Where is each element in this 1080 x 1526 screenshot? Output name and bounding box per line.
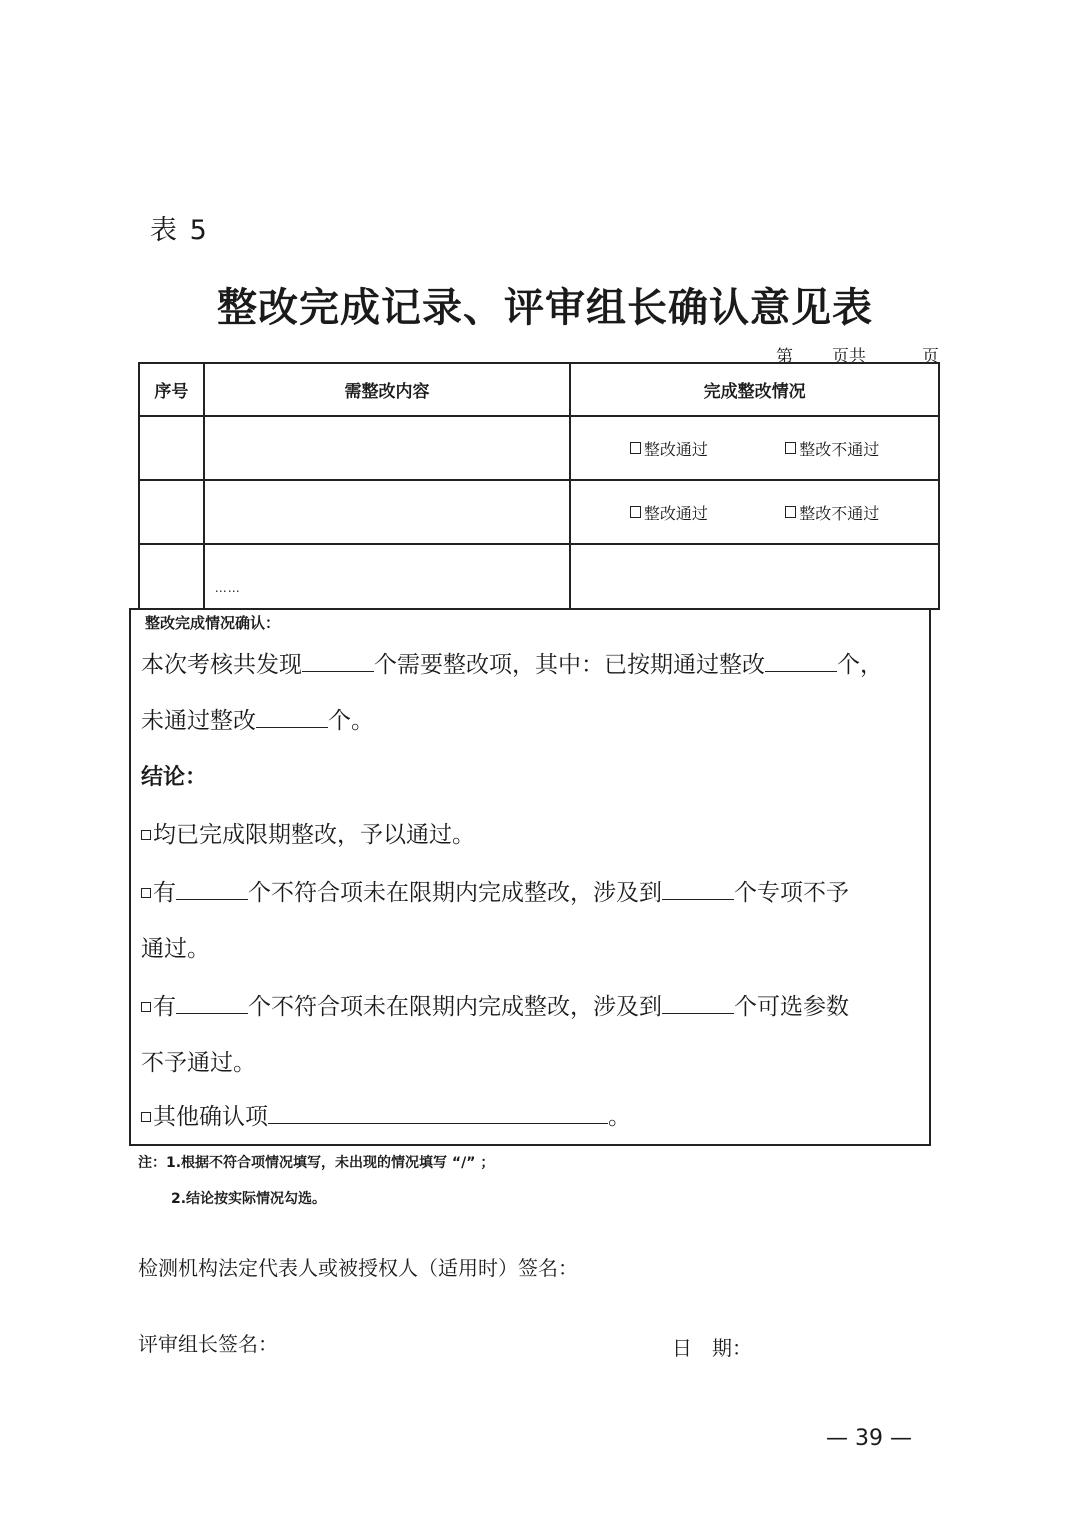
checkbox-icon[interactable]	[785, 506, 796, 518]
conclusion-option-special-fail: 有个不符合项未在限期内完成整改，涉及到个专项不予	[141, 874, 849, 907]
option-fail[interactable]: 整改不通过	[785, 437, 879, 460]
institution-rep-signature-label: 检测机构法定代表人或被授权人（适用时）签名：	[138, 1252, 578, 1281]
conclusion-label: 结论：	[141, 760, 207, 791]
conclusion-option-all-passed: 均已完成限期整改，予以通过。	[141, 816, 475, 849]
conclusion-option-special-fail-cont: 通过。	[141, 930, 210, 963]
option-text: 有	[153, 880, 176, 906]
document-title: 整改完成记录、评审组长确认意见表	[0, 276, 1080, 333]
special-count-blank[interactable]	[662, 877, 734, 900]
confirmation-box: 整改完成情况确认： 本次考核共发现个需要整改项，其中：已按期通过整改个， 未通过…	[129, 608, 931, 1146]
status-cell: 整改通过 整改不通过	[570, 416, 939, 480]
content-cell[interactable]	[204, 416, 570, 480]
option-text: 均已完成限期整改，予以通过。	[153, 822, 475, 848]
table-row: ……	[139, 544, 939, 609]
option-label: 整改通过	[644, 501, 708, 524]
total-count-blank[interactable]	[302, 649, 374, 672]
column-header-status: 完成整改情况	[570, 363, 939, 416]
option-text: 其他确认项	[153, 1104, 268, 1130]
option-label: 整改通过	[644, 437, 708, 460]
table-header-row: 序号 需整改内容 完成整改情况	[139, 363, 939, 416]
conclusion-option-param-fail: 有个不符合项未在限期内完成整改，涉及到个可选参数	[141, 988, 849, 1021]
checkbox-icon[interactable]	[141, 1002, 151, 1012]
column-header-seq: 序号	[139, 363, 204, 416]
rectification-table: 序号 需整改内容 完成整改情况 整改通过 整改不通过 整改通过 整改不通过 ……	[138, 362, 940, 610]
failed-count-blank[interactable]	[256, 705, 328, 728]
summary-text: 个。	[328, 708, 374, 734]
team-leader-signature-label: 评审组长签名：	[138, 1328, 278, 1357]
column-header-content: 需整改内容	[204, 363, 570, 416]
note-1: 注：1.根据不符合项情况填写，未出现的情况填写 “/” ；	[138, 1152, 494, 1172]
summary-text: 个，	[837, 652, 883, 678]
option-text: 个可选参数	[734, 994, 849, 1020]
option-pass[interactable]: 整改通过	[630, 501, 708, 524]
conclusion-option-other: 其他确认项。	[141, 1098, 631, 1131]
option-text: 个不符合项未在限期内完成整改，涉及到	[248, 880, 662, 906]
option-label: 整改不通过	[799, 437, 879, 460]
note-2: 2.结论按实际情况勾选。	[171, 1188, 326, 1208]
table-label: 表 5	[150, 208, 209, 247]
checkbox-icon[interactable]	[141, 1112, 151, 1122]
checkbox-icon[interactable]	[141, 888, 151, 898]
status-cell[interactable]	[570, 544, 939, 609]
page-number: — 39 —	[826, 1426, 912, 1451]
summary-line-2: 未通过整改个。	[141, 702, 374, 735]
checkbox-icon[interactable]	[630, 506, 641, 518]
checkbox-icon[interactable]	[785, 442, 796, 454]
ellipsis: ……	[205, 559, 569, 595]
summary-text: 本次考核共发现	[141, 652, 302, 678]
seq-cell[interactable]	[139, 480, 204, 544]
option-text: 个专项不予	[734, 880, 849, 906]
option-fail[interactable]: 整改不通过	[785, 501, 879, 524]
table-row: 整改通过 整改不通过	[139, 416, 939, 480]
seq-cell[interactable]	[139, 544, 204, 609]
option-text: 个不符合项未在限期内完成整改，涉及到	[248, 994, 662, 1020]
checkbox-icon[interactable]	[141, 830, 151, 840]
status-cell: 整改通过 整改不通过	[570, 480, 939, 544]
option-text: 。	[608, 1104, 631, 1130]
option-pass[interactable]: 整改通过	[630, 437, 708, 460]
date-label: 日 期：	[672, 1332, 752, 1361]
option-label: 整改不通过	[799, 501, 879, 524]
other-item-blank[interactable]	[268, 1101, 608, 1124]
summary-text: 个需要整改项，其中：已按期通过整改	[374, 652, 765, 678]
passed-count-blank[interactable]	[765, 649, 837, 672]
nonconform-count-blank[interactable]	[176, 991, 248, 1014]
table-row: 整改通过 整改不通过	[139, 480, 939, 544]
seq-cell[interactable]	[139, 416, 204, 480]
summary-line-1: 本次考核共发现个需要整改项，其中：已按期通过整改个，	[141, 646, 883, 679]
conclusion-option-param-fail-cont: 不予通过。	[141, 1044, 256, 1077]
nonconform-count-blank[interactable]	[176, 877, 248, 900]
content-cell[interactable]: ……	[204, 544, 570, 609]
checkbox-icon[interactable]	[630, 442, 641, 454]
summary-text: 未通过整改	[141, 708, 256, 734]
param-count-blank[interactable]	[662, 991, 734, 1014]
option-text: 有	[153, 994, 176, 1020]
confirmation-heading: 整改完成情况确认：	[145, 612, 280, 633]
content-cell[interactable]	[204, 480, 570, 544]
